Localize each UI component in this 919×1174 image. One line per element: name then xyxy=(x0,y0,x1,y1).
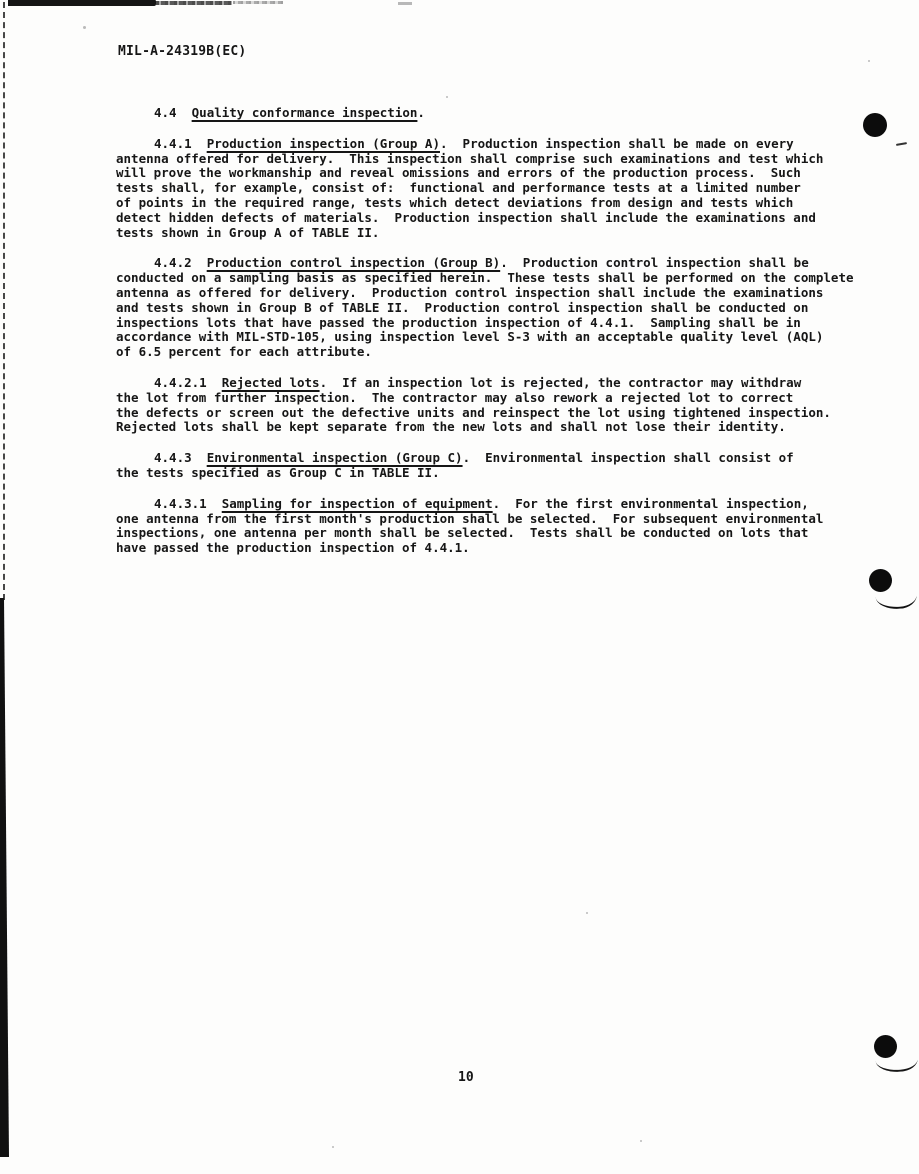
document-id-header: MIL-A-24319B(EC) xyxy=(118,44,246,59)
scan-left-edge-line-upper xyxy=(3,2,5,600)
section-title: Rejected lots xyxy=(222,375,320,390)
section-number: 4.4.2 xyxy=(154,255,207,270)
scan-speck xyxy=(332,1146,334,1148)
section-number: 4.4 xyxy=(154,105,192,120)
section-number: 4.4.1 xyxy=(154,136,207,151)
scan-speck xyxy=(586,912,588,914)
scan-speck xyxy=(868,60,870,62)
registration-dot-bottom xyxy=(874,1035,897,1058)
registration-dot-middle xyxy=(869,569,892,592)
document-body: 4.4 Quality conformance inspection. 4.4.… xyxy=(116,106,886,556)
scan-smudge-dash xyxy=(896,142,907,146)
scan-top-edge-speckle xyxy=(233,1,283,4)
section-text: . xyxy=(417,105,425,120)
section-title: Quality conformance inspection xyxy=(192,105,418,120)
scan-top-edge-bar xyxy=(8,0,156,6)
section-paragraph-4-4-3: 4.4.3 Environmental inspection (Group C)… xyxy=(116,451,886,481)
scan-speck xyxy=(640,1140,642,1142)
scan-speck xyxy=(83,26,86,29)
section-paragraph-4-4-3-1: 4.4.3.1 Sampling for inspection of equip… xyxy=(116,497,886,556)
section-number: 4.4.3.1 xyxy=(154,496,222,511)
section-number: 4.4.3 xyxy=(154,450,207,465)
scan-top-edge-speckle xyxy=(156,1,232,5)
page-number: 10 xyxy=(458,1070,474,1085)
section-title: Production control inspection (Group B) xyxy=(207,255,501,270)
scanned-document-page: MIL-A-24319B(EC) 4.4 Quality conformance… xyxy=(0,0,919,1174)
section-paragraph-4-4-2-1: 4.4.2.1 Rejected lots. If an inspection … xyxy=(116,376,886,435)
scan-speck xyxy=(446,96,448,98)
section-text: . Production control inspection shall be… xyxy=(116,255,854,359)
scan-top-edge-speckle xyxy=(398,2,412,5)
section-paragraph-4-4-2: 4.4.2 Production control inspection (Gro… xyxy=(116,256,886,360)
section-title: Environmental inspection (Group C) xyxy=(207,450,463,465)
section-number: 4.4.2.1 xyxy=(154,375,222,390)
scan-smudge-curve xyxy=(876,594,918,611)
section-heading-4-4: 4.4 Quality conformance inspection. xyxy=(116,106,886,121)
section-title: Sampling for inspection of equipment xyxy=(222,496,493,511)
scan-smudge-curve xyxy=(876,1058,919,1074)
section-text: . Production inspection shall be made on… xyxy=(116,136,823,240)
section-paragraph-4-4-1: 4.4.1 Production inspection (Group A). P… xyxy=(116,137,886,241)
scan-left-edge-line-lower xyxy=(0,598,10,1157)
section-title: Production inspection (Group A) xyxy=(207,136,440,151)
registration-dot-top xyxy=(863,113,887,137)
